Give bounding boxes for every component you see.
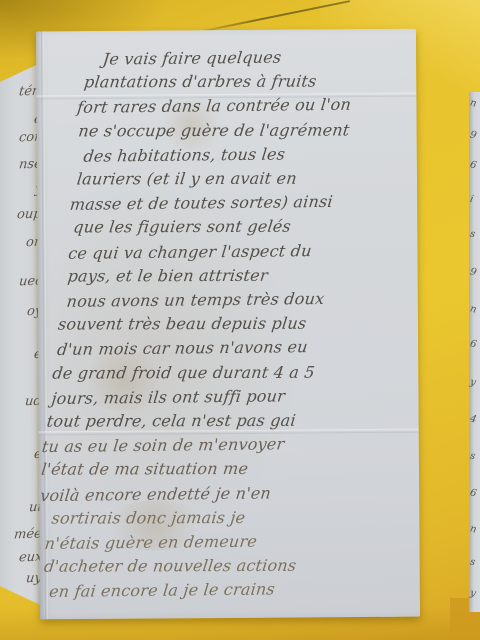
handwriting-line: d'un mois car nous n'avons eu	[56, 334, 413, 362]
page-fragment: n	[469, 97, 478, 109]
handwriting-line: lauriers (et il y en avait en	[75, 166, 432, 191]
page-fragment: 4	[469, 413, 478, 425]
page-fragment: y	[469, 376, 477, 388]
page-fragment: 6	[469, 487, 478, 499]
handwriting-line: d'acheter de nouvelles actions	[43, 554, 388, 579]
handwriting-line: tout perdre, cela n'est pas gai	[45, 408, 404, 433]
handwriting-line: fort rares dans la contrée ou l'on	[76, 92, 441, 120]
handwriting-line: ce qui va changer l'aspect du	[67, 237, 424, 265]
handwriting-line: sortirais donc jamais je	[50, 505, 393, 530]
handwriting-line: masse et de toutes sortes) ainsi	[69, 189, 430, 217]
handwritten-text: Je vais faire quelques plantations d'arb…	[24, 44, 446, 604]
page-fragment: 6	[469, 159, 478, 171]
page-fragment: s	[469, 451, 477, 463]
handwriting-line: en fai encore la je le crains	[48, 577, 385, 605]
page-fragment: s	[469, 557, 477, 569]
right-page-edge: n 9 6 i s 9 n 6 y 4 s 6 n s y	[469, 92, 480, 612]
handwriting-line: ne s'occupe guère de l'agrément	[77, 118, 438, 143]
photo-background: – téri e con nsé y oup on uec oy e ud e …	[0, 0, 480, 640]
handwriting-line: de grand froid que durant 4 a 5	[51, 360, 410, 385]
handwriting-line: que les figuiers sont gelés	[72, 215, 427, 240]
handwriting-line: tu as eu le soin de m'envoyer	[41, 431, 402, 459]
letter-page: Je vais faire quelques plantations d'arb…	[36, 29, 420, 620]
page-fragment: 9	[469, 266, 478, 278]
page-fragment: s	[469, 229, 477, 241]
page-fragment: 9	[469, 129, 478, 141]
handwriting-line: voilà encore endetté je n'en	[39, 480, 396, 508]
handwriting-line: plantations d'arbres à fruits	[83, 69, 444, 94]
handwriting-line: jours, mais ils ont suffi pour	[50, 383, 407, 411]
page-fragment: 6	[469, 338, 478, 350]
page-fragment: n	[469, 303, 478, 315]
handwriting-line: des habitations, tous les	[82, 141, 435, 169]
page-fragment: n	[469, 523, 478, 535]
handwriting-line: pays, et le bien attrister	[66, 263, 421, 288]
page-fragment: i	[469, 194, 475, 205]
handwriting-line: l'état de ma situation me	[40, 457, 399, 482]
handwriting-line: souvent très beau depuis plus	[57, 312, 416, 337]
handwriting-line: nous avons un temps très doux	[65, 286, 418, 314]
handwriting-line: Je vais faire quelques	[101, 44, 446, 72]
page-fragment: y	[469, 587, 477, 599]
handwriting-line: n'étais guère en demeure	[43, 528, 390, 556]
